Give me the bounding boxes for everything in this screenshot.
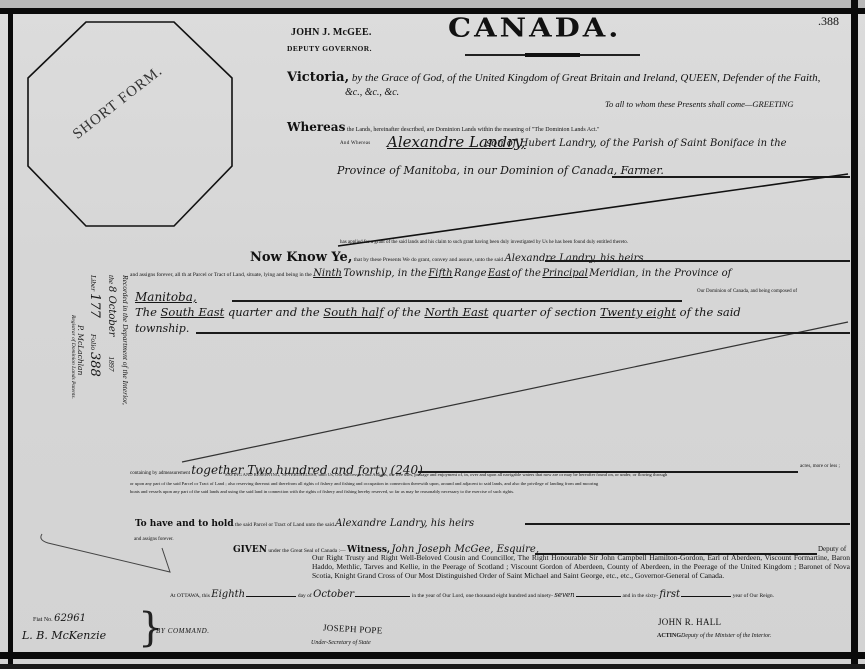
fiat-line: Fiat No. 62961 <box>33 613 86 624</box>
containing-prefix: containing by admeasurement <box>130 471 190 476</box>
quarter-and: quarter and the <box>228 305 320 319</box>
governor-general-text: Our Right Trusty and Right Well-Beloved … <box>312 553 850 580</box>
habendum-bold: To have and to hold <box>135 519 234 529</box>
half-section: South half <box>323 305 383 319</box>
now-know-text: that by these Presents We do grant, conv… <box>354 257 503 263</box>
minister-name: JOHN R. HALL <box>658 617 721 627</box>
land-description: The South East quarter and the South hal… <box>135 305 741 319</box>
said-text: of the said <box>680 305 741 319</box>
by-command: BY COMMAND. <box>156 627 210 635</box>
month: October <box>313 589 354 600</box>
land-location-line: and assigns forever, all th at Parcel or… <box>130 268 731 279</box>
reign-text: and in the sixty- <box>622 593 658 599</box>
dominion-clause: Our Dominion of Canada, and being compos… <box>697 289 797 294</box>
fiat-label: Fiat No. <box>33 617 53 623</box>
reign-suffix: year of Our Reign. <box>733 593 774 599</box>
fill-rule <box>681 596 731 597</box>
recorded-line-1: Recorded in the Department of the Interi… <box>121 275 130 485</box>
registrar-title: Registrar of Dominion Lands Patents. <box>70 275 76 485</box>
registrar-signature: P. McLachlan <box>76 275 85 485</box>
recorded-date: 8 October <box>106 286 117 336</box>
now-know-ye-line: Now Know Ye, that by these Presents We d… <box>250 250 644 265</box>
range-word: Range <box>454 268 486 279</box>
deputy-of: Deputy of <box>818 545 846 553</box>
minister-title: ACTINGDeputy of the Minister of the Inte… <box>657 633 771 639</box>
township-word: Township, in the <box>343 268 427 279</box>
meridian-word: Meridian, in the Province of <box>589 268 731 279</box>
range-number: Fifth <box>428 268 452 279</box>
fill-rule <box>355 596 410 597</box>
fill-rule <box>525 523 850 525</box>
acting-prefix: ACTING <box>657 633 681 639</box>
meridian: Principal <box>542 268 588 279</box>
year-text: in the year of Our Lord, one thousand ei… <box>412 593 553 599</box>
assigns-forever: and assigns forever. <box>134 537 174 542</box>
recorded-year: 1897 <box>107 356 116 371</box>
recorded-liber-folio: Liber 177 Folio 388 <box>87 275 102 485</box>
fill-rule <box>246 596 296 597</box>
habendum-grantee: Alexandre Landry, his heirs <box>335 518 474 529</box>
township-end: township. <box>135 322 189 335</box>
township-number: Ninth <box>313 268 342 279</box>
of-the-2: of the <box>387 305 421 319</box>
fill-rule <box>545 260 850 262</box>
fill-rule <box>232 300 682 302</box>
liber-label: Liber <box>89 275 98 291</box>
assigns-text: and assigns forever, all th at Parcel or… <box>130 272 312 278</box>
day: Eighth <box>211 589 245 600</box>
date-line: At OTTAWA, this Eighth day of October in… <box>170 589 774 600</box>
folio-label: Folio <box>89 334 98 350</box>
range-direction: East <box>488 268 510 279</box>
of-the: of the <box>512 268 541 279</box>
at-ottawa: At OTTAWA, this <box>170 593 210 599</box>
folio-number: 388 <box>87 352 102 377</box>
given-bold: GIVEN <box>233 545 267 555</box>
section-number: Twenty eight <box>600 305 676 319</box>
minister-title-text: Deputy of the Minister of the Interior. <box>681 633 771 639</box>
fill-rule <box>196 332 850 334</box>
fiat-number: 62961 <box>54 613 86 624</box>
upon-clause: or upon any part of the said Parcel or T… <box>130 481 598 486</box>
fiat-signature: L. B. McKenzie <box>22 629 106 642</box>
recorded-line-2: the 8 October 1897 <box>106 275 117 485</box>
applied-clause: has applied for a grant of the said land… <box>340 240 628 245</box>
recorded-note: Recorded in the Department of the Interi… <box>40 275 130 485</box>
reign-word: first <box>659 589 680 600</box>
grantee-heirs: Alexandre Landry, his heirs <box>505 253 644 264</box>
liber-number: 177 <box>87 293 102 318</box>
quarter-one: South East <box>161 305 225 319</box>
under-secretary-title: Under-Secretary of State <box>311 640 371 646</box>
habendum-line: To have and to hold the said Parcel or T… <box>135 518 474 529</box>
description-prefix: The <box>135 305 157 319</box>
recorded-the: the <box>107 275 116 284</box>
acres-suffix: acres, more or less ; <box>800 464 840 469</box>
boats-clause: boats and vessels upon any part of the s… <box>130 489 514 494</box>
habendum-text: the said Parcel or Tract of Land unto th… <box>235 522 334 528</box>
section-text: quarter of section <box>492 305 596 319</box>
patent-document: SHORT FORM. JOHN J. McGEE. DEPUTY GOVERN… <box>0 0 865 669</box>
now-know-ye: Now Know Ye, <box>250 250 352 265</box>
saving-clause: SAVING AND RESERVING, NEVERTHELESS, unto… <box>225 472 667 477</box>
year-word: seven <box>554 591 574 599</box>
quarter-two: North East <box>424 305 488 319</box>
day-of: day of <box>298 593 312 599</box>
fill-rule <box>576 596 621 597</box>
province-name: Manitoba, <box>135 290 197 304</box>
